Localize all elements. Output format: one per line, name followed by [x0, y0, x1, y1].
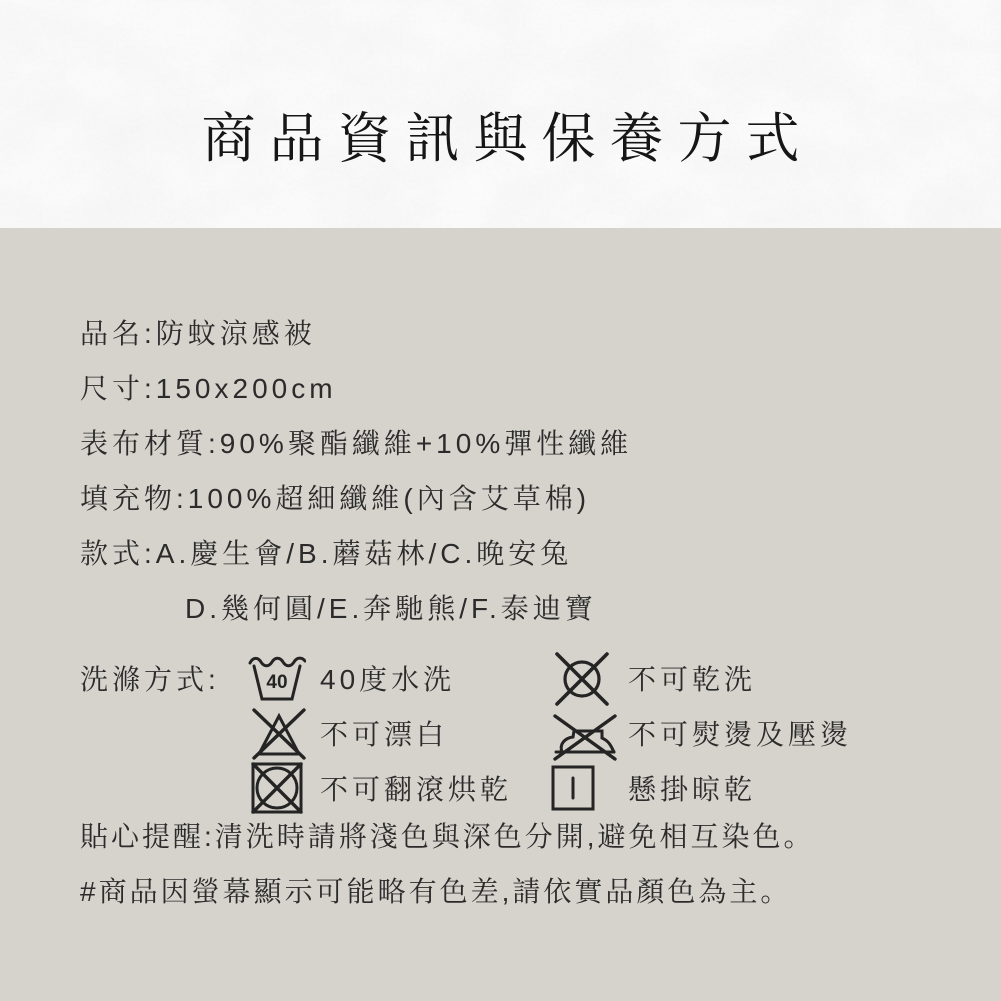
washing-reminder-note: 貼心提醒:清洗時請將淺色與深色分開,避免相互染色。 — [80, 823, 1001, 851]
styles-line-2: D.幾何圓/E.奔馳熊/F.泰迪寶 — [80, 595, 1001, 623]
care-section-label: 洗滌方式: — [80, 658, 248, 698]
no-dry-clean-icon — [550, 649, 628, 707]
svg-text:40: 40 — [266, 672, 287, 693]
fabric-material-line: 表布材質:90%聚酯纖維+10%彈性纖維 — [80, 430, 1001, 458]
care-item-label: 不可熨燙及壓燙 — [628, 713, 1001, 753]
page-title: 商品資訊與保養方式 — [0, 0, 1001, 173]
no-tumble-dry-icon — [248, 761, 320, 815]
no-iron-icon — [550, 705, 628, 761]
notes-section: 貼心提醒:清洗時請將淺色與深色分開,避免相互染色。 #商品因螢幕顯示可能略有色差… — [80, 823, 1001, 906]
product-size-line: 尺寸:150x200cm — [80, 375, 1001, 403]
care-row-2: 不可漂白 不可熨燙及壓燙 — [80, 705, 1001, 760]
care-item-label: 懸掛晾乾 — [628, 768, 1001, 808]
care-item-label: 不可乾洗 — [628, 658, 1001, 698]
info-panel: 品名:防蚊涼感被 尺寸:150x200cm 表布材質:90%聚酯纖維+10%彈性… — [0, 228, 1001, 1001]
filling-line: 填充物:100%超細纖維(內含艾草棉) — [80, 485, 1001, 513]
care-item-label: 40度水洗 — [320, 658, 550, 698]
header-section: 商品資訊與保養方式 — [0, 0, 1001, 228]
care-item-label: 不可翻滾烘乾 — [320, 768, 550, 808]
hang-dry-icon — [550, 764, 628, 812]
no-bleach-icon — [248, 705, 320, 761]
product-name-line: 品名:防蚊涼感被 — [80, 320, 1001, 348]
care-item-label: 不可漂白 — [320, 713, 550, 753]
care-row-1: 洗滌方式: 40 40度水洗 不可乾洗 — [80, 650, 1001, 705]
wash-40-icon: 40 — [248, 654, 320, 702]
color-difference-note: #商品因螢幕顯示可能略有色差,請依實品顏色為主。 — [80, 878, 1001, 906]
product-info-card: 商品資訊與保養方式 品名:防蚊涼感被 尺寸:150x200cm 表布材質:90%… — [0, 0, 1001, 1001]
styles-line-1: 款式:A.慶生會/B.蘑菇林/C.晚安兔 — [80, 540, 1001, 568]
care-row-3: 不可翻滾烘乾 懸掛晾乾 — [80, 760, 1001, 815]
